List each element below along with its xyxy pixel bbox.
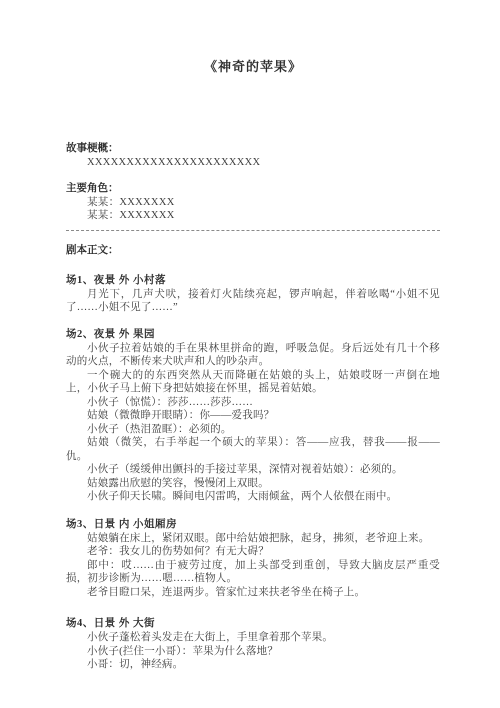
scene-heading: 场4、日景 外 大街: [66, 617, 440, 631]
scene-line: 小伙子仰天长啸。瞬间电闪雷鸣，大雨倾盆，两个人依偎在雨中。: [66, 490, 440, 504]
scene-heading: 场2、夜景 外 果园: [66, 328, 440, 342]
scene-line: 小伙子（热泪盈眶）：必须的。: [66, 423, 440, 437]
synopsis-content: XXXXXXXXXXXXXXXXXXXXXX: [66, 156, 440, 170]
character-item: 某某：XXXXXXX: [66, 209, 440, 223]
scene-heading: 场1、夜景 外 小村落: [66, 274, 440, 288]
scene-line: 姑娘露出欣慰的笑容，慢慢闭上双眼。: [66, 477, 440, 491]
page-title: 《神奇的苹果》: [66, 58, 440, 76]
scene-line: 小哥：切，神经病。: [66, 658, 440, 672]
scene-line: 小伙子（惊慌）：莎莎……莎莎……: [66, 396, 440, 410]
scene-line: 小伙子(拦住一小哥）：苹果为什么落地？: [66, 645, 440, 659]
character-item: 某某：XXXXXXX: [66, 196, 440, 210]
section-divider: [66, 230, 440, 231]
scene-1: 场1、夜景 外 小村落 月光下，几声犬吠，接着灯火陆续亮起，锣声响起，伴着吆喝“…: [66, 274, 440, 315]
characters-label: 主要角色：: [66, 182, 440, 196]
scene-line: 姑娘（微笑，右手举起一个硕大的苹果）：答——应我，替我——报——仇。: [66, 436, 440, 463]
scene-heading: 场3、日景 内 小姐厢房: [66, 518, 440, 532]
script-document-page: 《神奇的苹果》 故事梗概： XXXXXXXXXXXXXXXXXXXXXX 主要角…: [0, 0, 500, 708]
scene-line: 姑娘（微微睁开眼睛）：你——爱我吗？: [66, 409, 440, 423]
script-body-label: 剧本正文：: [66, 244, 440, 258]
scene-4: 场4、日景 外 大街 小伙子蓬松着头发走在大街上，手里拿着那个苹果。 小伙子(拦…: [66, 617, 440, 672]
scene-3: 场3、日景 内 小姐厢房 姑娘躺在床上，紧闭双眼。郎中给姑娘把脉，起身，拂须，老…: [66, 518, 440, 600]
scene-line: 老爷：我女儿的伤势如何？有无大碍？: [66, 545, 440, 559]
scene-line: 姑娘躺在床上，紧闭双眼。郎中给姑娘把脉，起身，拂须，老爷迎上来。: [66, 532, 440, 546]
scene-line: 老爷目瞪口呆，连退两步。管家忙过来扶老爷坐在椅子上。: [66, 586, 440, 600]
scene-line: 小伙子蓬松着头发走在大街上，手里拿着那个苹果。: [66, 631, 440, 645]
scene-line: 小伙子拉着姑娘的手在果林里拼命的跑，呼吸急促。身后远处有几十个移动的火点，不断传…: [66, 342, 440, 369]
scene-line: 郎中：哎……由于疲劳过度，加上头部受到重创，导致大脑皮层严重受损，初步诊断为………: [66, 559, 440, 586]
scene-line: 月光下，几声犬吠，接着灯火陆续亮起，锣声响起，伴着吆喝“小姐不见了……小姐不见了…: [66, 288, 440, 315]
scene-line: 一个碗大的的东西突然从天而降砸在姑娘的头上，姑娘哎呀一声倒在地上，小伙子马上俯下…: [66, 369, 440, 396]
scene-line: 小伙子（缓缓伸出颤抖的手接过苹果，深情对视着姑娘）：必须的。: [66, 463, 440, 477]
scene-2: 场2、夜景 外 果园 小伙子拉着姑娘的手在果林里拼命的跑，呼吸急促。身后远处有几…: [66, 328, 440, 504]
synopsis-label: 故事梗概：: [66, 142, 440, 156]
